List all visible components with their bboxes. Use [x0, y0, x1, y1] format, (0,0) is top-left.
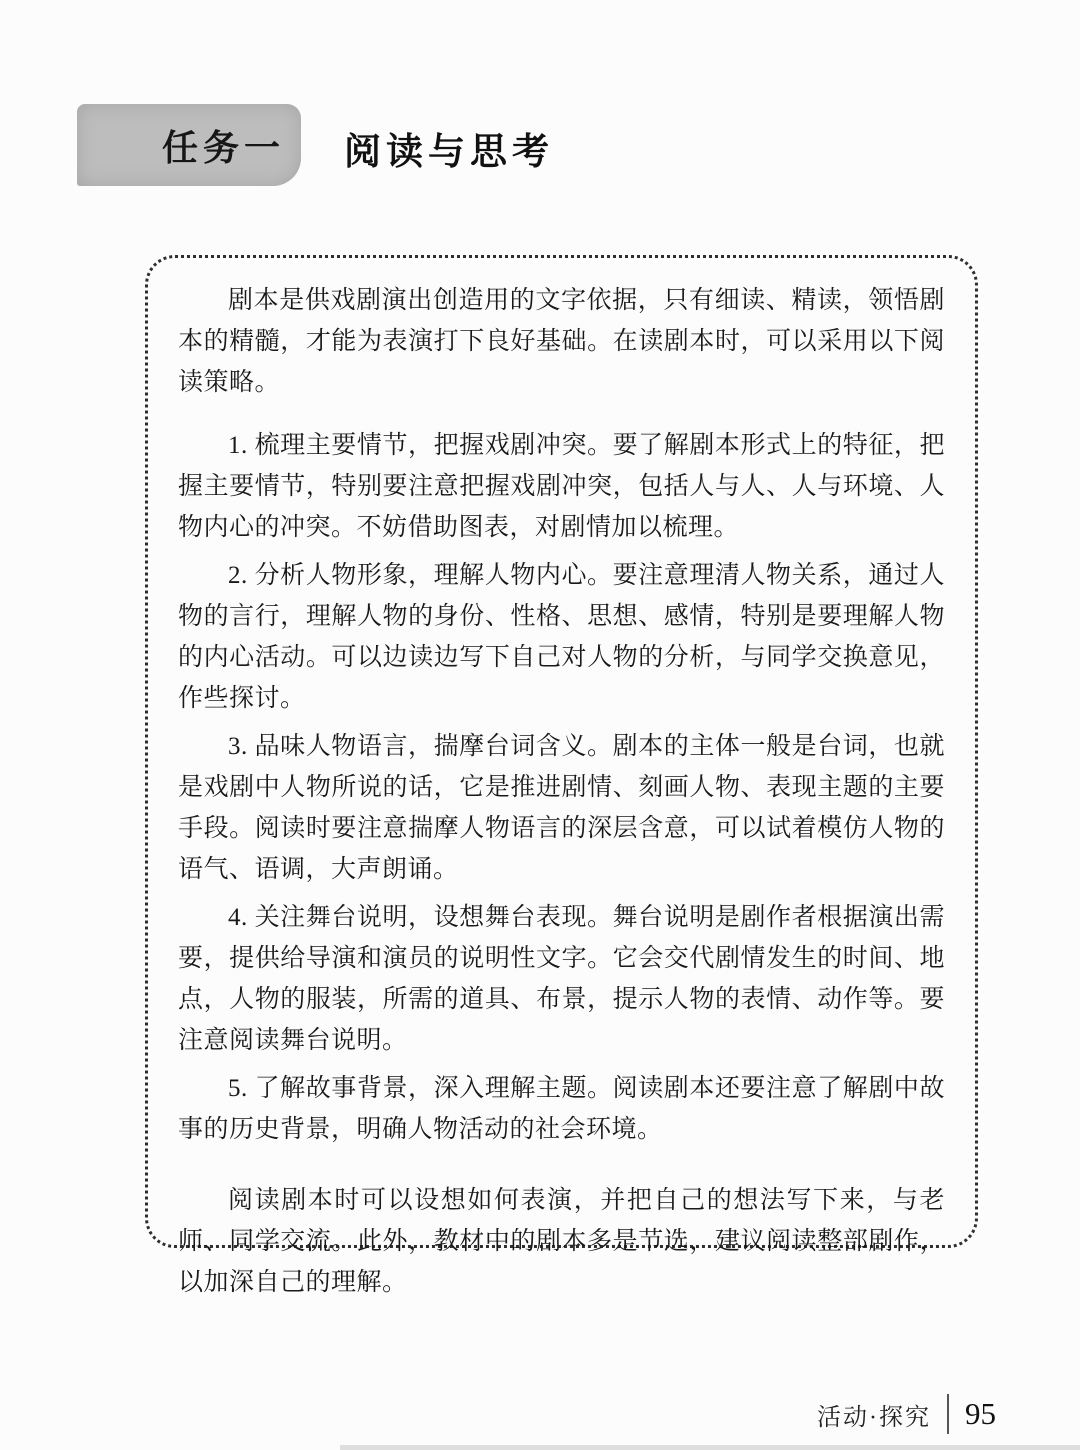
- task-label-box: 任务一: [77, 104, 301, 186]
- footer-section-label: 活动·探究: [817, 1397, 931, 1432]
- strategy-item-5: 5. 了解故事背景，深入理解主题。阅读剧本还要注意了解剧中故事的历史背景，明确人…: [178, 1068, 945, 1150]
- page-title: 阅读与思考: [344, 121, 554, 175]
- strategy-item-3: 3. 品味人物语言，揣摩台词含义。剧本的主体一般是台词，也就是戏剧中人物所说的话…: [178, 726, 945, 890]
- scan-edge-artifact: [340, 1445, 1080, 1450]
- page-footer: 活动·探究 95: [817, 1394, 996, 1434]
- reading-strategies-box: 剧本是供戏剧演出创造用的文字依据，只有细读、精读，领悟剧本的精髓，才能为表演打下…: [145, 255, 978, 1248]
- page-number: 95: [965, 1396, 996, 1432]
- outro-paragraph: 阅读剧本时可以设想如何表演，并把自己的想法写下来，与老师、同学交流。此外，教材中…: [178, 1180, 945, 1303]
- task-label: 任务一: [162, 120, 285, 171]
- strategy-item-4: 4. 关注舞台说明，设想舞台表现。舞台说明是剧作者根据演出需要，提供给导演和演员…: [178, 897, 945, 1061]
- strategy-item-1: 1. 梳理主要情节，把握戏剧冲突。要了解剧本形式上的特征，把握主要情节，特别要注…: [178, 425, 945, 548]
- strategy-item-2: 2. 分析人物形象，理解人物内心。要注意理清人物关系，通过人物的言行，理解人物的…: [178, 555, 945, 719]
- footer-divider: [947, 1394, 949, 1434]
- intro-paragraph: 剧本是供戏剧演出创造用的文字依据，只有细读、精读，领悟剧本的精髓，才能为表演打下…: [178, 280, 945, 403]
